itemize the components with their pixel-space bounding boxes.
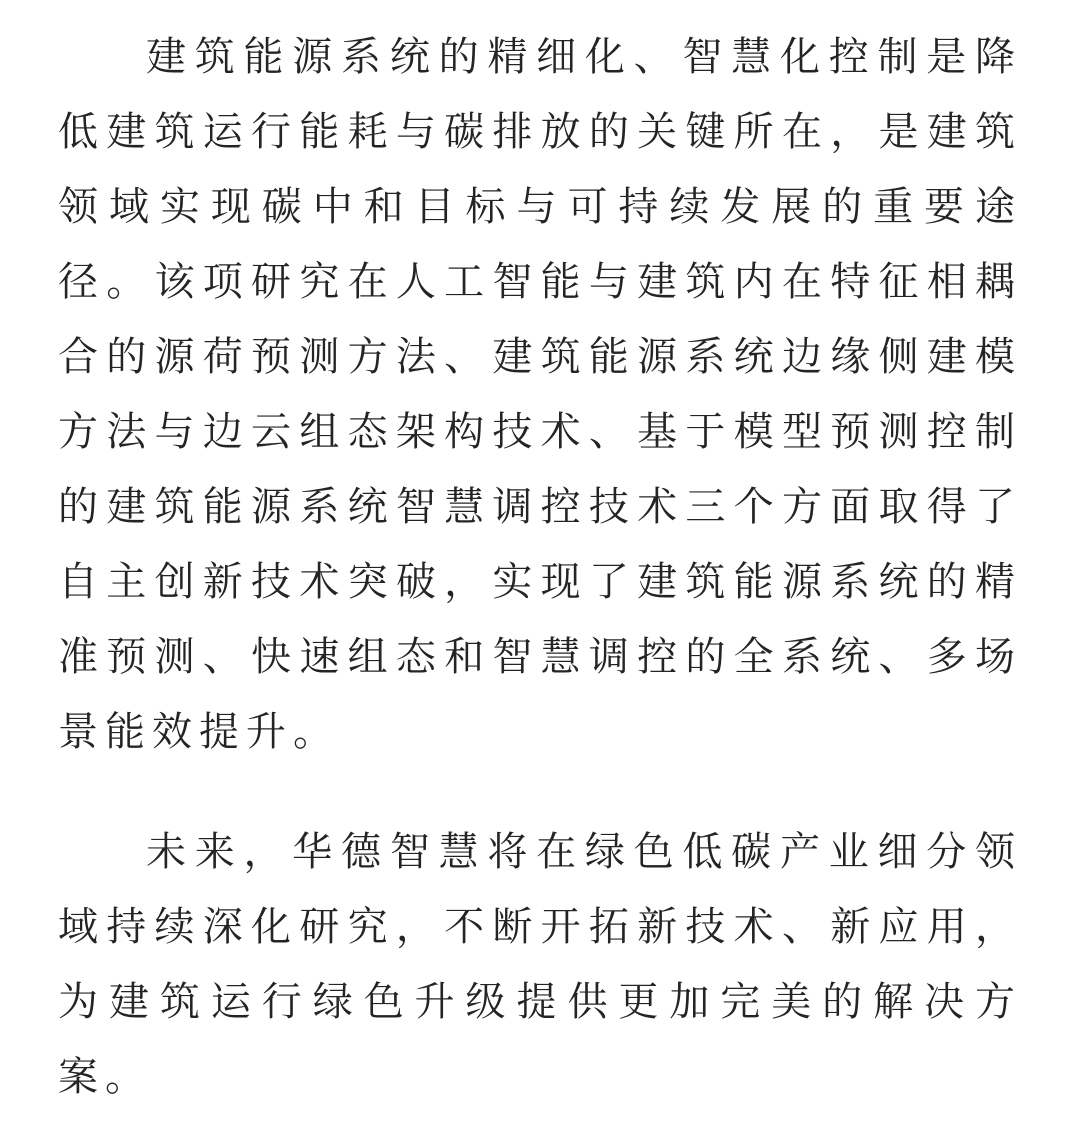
article-body: 建筑能源系统的精细化、智慧化控制是降低建筑运行能耗与碳排放的关键所在，是建筑领域… — [58, 20, 1022, 1115]
paragraph-2: 未来，华德智慧将在绿色低碳产业细分领域持续深化研究，不断开拓新技术、新应用，为建… — [58, 815, 1022, 1115]
document-page: 建筑能源系统的精细化、智慧化控制是降低建筑运行能耗与碳排放的关键所在，是建筑领域… — [0, 0, 1080, 1128]
paragraph-1: 建筑能源系统的精细化、智慧化控制是降低建筑运行能耗与碳排放的关键所在，是建筑领域… — [58, 20, 1022, 770]
